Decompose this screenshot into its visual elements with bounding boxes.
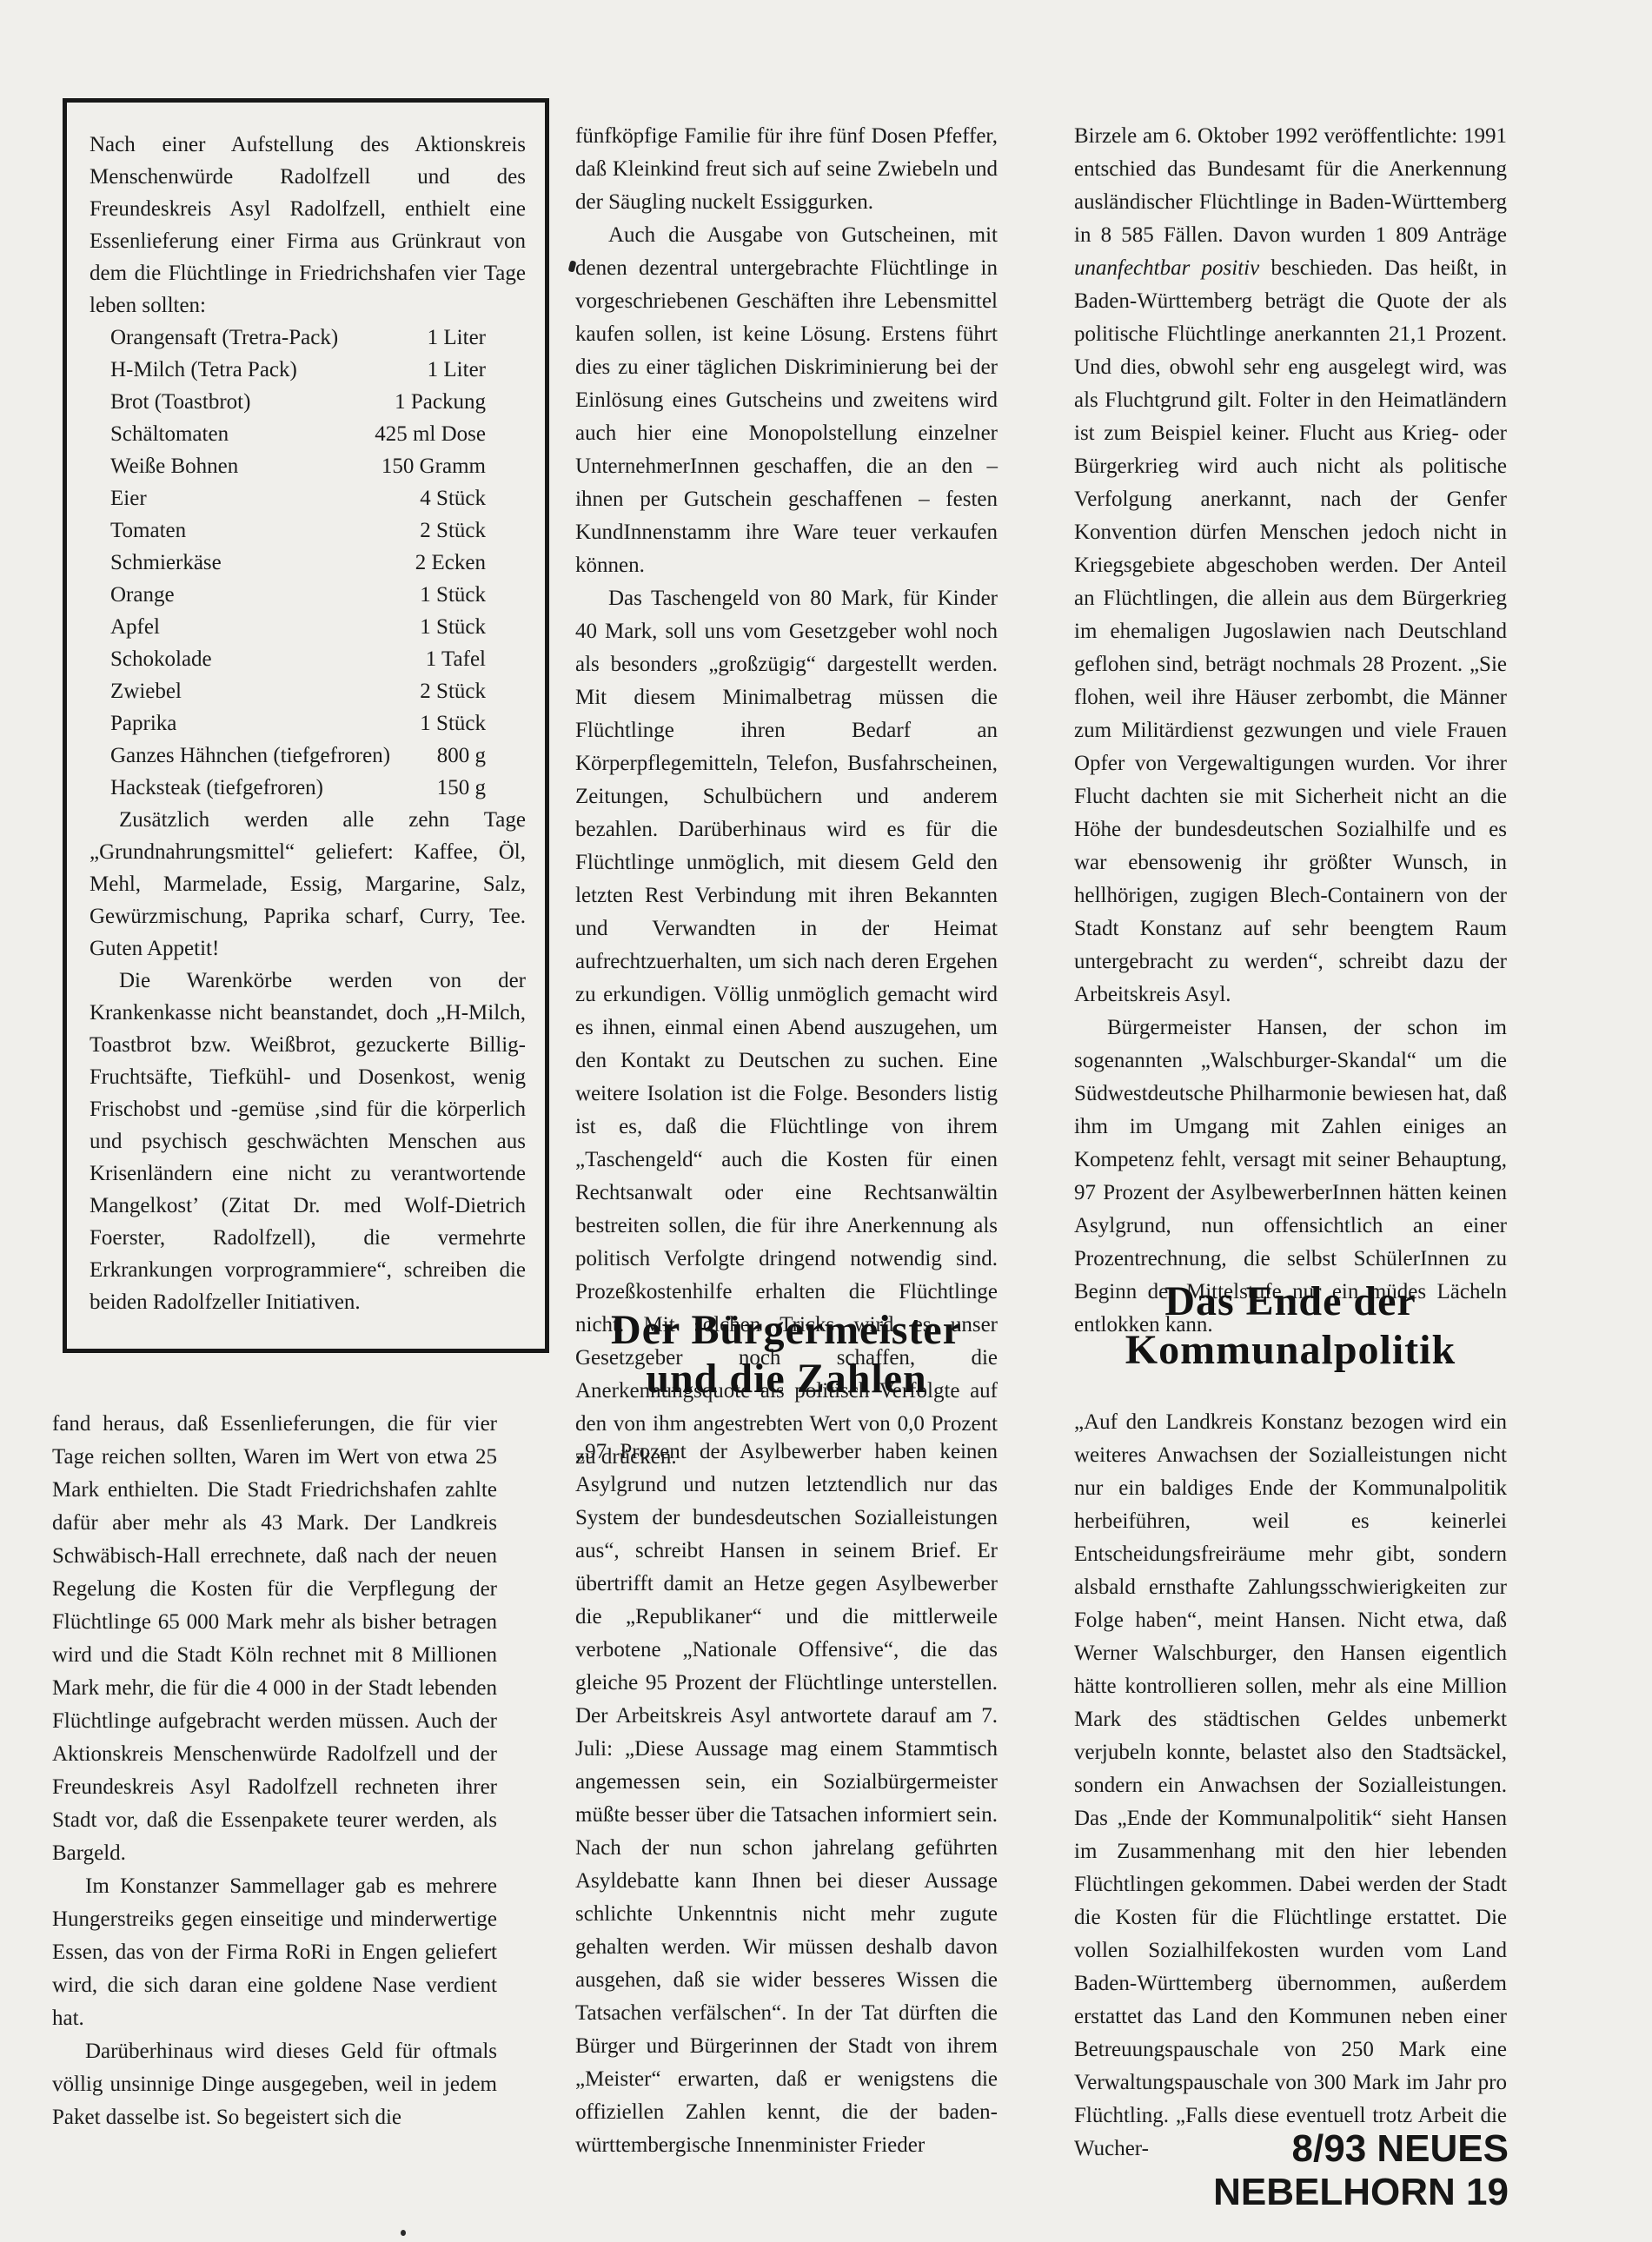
food-item-row: Hacksteak (tiefgefroren)150 g [110,772,486,804]
food-item-row: Brot (Toastbrot)1 Packung [110,386,486,418]
food-item-name: Zwiebel [110,675,182,707]
food-item-qty: 150 Gramm [381,450,486,482]
middle-paragraph-97-prozent: „97 Prozent der Asylbewerber haben keine… [575,1436,998,2162]
food-item-name: Schältomaten [110,418,229,450]
essen-liste-box-content: Nach einer Aufstellung des Aktionskreis … [90,129,526,1318]
food-item-row: Apfel1 Stück [110,611,486,643]
middle-column-upper: fünfköpfige Familie für ihre fünf Dosen … [575,120,998,1474]
food-item-name: Eier [110,482,147,514]
middle-paragraph-familie: fünfköpfige Familie für ihre fünf Dosen … [575,120,998,219]
food-item-name: Ganzes Hähnchen (tiefgefroren) [110,740,390,772]
food-item-qty: 2 Stück [420,514,486,547]
box-paragraph-grundnahrungsmittel: Zusätzlich werden alle zehn Tage „Grundn… [90,804,526,965]
food-item-name: Paprika [110,707,176,740]
food-item-qty: 1 Tafel [426,643,486,675]
food-list: Orangensaft (Tretra-Pack)1 Liter H-Milch… [90,322,486,804]
food-item-name: Schmierkäse [110,547,222,579]
left-paragraph-unsinnige-dinge: Darüberhinaus wird dieses Geld für oftma… [52,2035,497,2134]
middle-paragraph-gutscheine: Auch die Ausgabe von Gutscheinen, mit de… [575,219,998,582]
right-column-lower: „Auf den Landkreis Konstanz bezogen wird… [1074,1406,1507,2166]
essen-liste-box: Nach einer Aufstellung des Aktionskreis … [63,98,549,1353]
middle-column-lower: „97 Prozent der Asylbewerber haben keine… [575,1436,998,2162]
food-item-name: Orange [110,579,175,611]
left-paragraph-essenlieferungen: fand heraus, daß Essenlieferungen, die f… [52,1408,497,1870]
left-paragraph-hungerstreiks: Im Konstanzer Sammellager gab es mehrere… [52,1870,497,2035]
food-item-qty: 4 Stück [420,482,486,514]
headline-kommunalpolitik-line2: Kommunalpolitik [1074,1326,1507,1375]
food-item-name: Orangensaft (Tretra-Pack) [110,322,338,354]
food-item-qty: 1 Liter [428,354,486,386]
food-item-name: Hacksteak (tiefgefroren) [110,772,323,804]
right-paragraph-birzele: Birzele am 6. Oktober 1992 veröffentlich… [1074,120,1507,1012]
food-item-row: Schmierkäse2 Ecken [110,547,486,579]
right-paragraph-landkreis-konstanz: „Auf den Landkreis Konstanz bezogen wird… [1074,1406,1507,2166]
headline-buergermeister-line1: Der Bürgermeister [575,1306,998,1355]
box-paragraph-warenkoerbe: Die Warenkörbe werden von der Krankenkas… [90,965,526,1318]
food-item-row: H-Milch (Tetra Pack)1 Liter [110,354,486,386]
headline-buergermeister: Der Bürgermeister und die Zahlen [575,1306,998,1403]
box-intro-paragraph: Nach einer Aufstellung des Aktionskreis … [90,129,526,322]
food-item-row: Eier4 Stück [110,482,486,514]
food-item-name: Apfel [110,611,160,643]
scanned-magazine-page: { "colors": { "paper": "#f0efeb", "ink":… [0,0,1652,2242]
food-item-row: Paprika1 Stück [110,707,486,740]
food-item-qty: 800 g [437,740,486,772]
food-item-qty: 1 Stück [420,707,486,740]
left-column: fand heraus, daß Essenlieferungen, die f… [52,1408,497,2134]
food-item-qty: 425 ml Dose [375,418,486,450]
food-item-row: Schokolade1 Tafel [110,643,486,675]
headline-buergermeister-line2: und die Zahlen [575,1355,998,1403]
food-item-row: Zwiebel2 Stück [110,675,486,707]
food-item-row: Weiße Bohnen150 Gramm [110,450,486,482]
headline-kommunalpolitik-line1: Das Ende der [1074,1277,1507,1326]
food-item-name: Weiße Bohnen [110,450,238,482]
food-item-qty: 1 Packung [395,386,486,418]
food-item-qty: 1 Liter [428,322,486,354]
food-item-name: H-Milch (Tetra Pack) [110,354,297,386]
food-item-qty: 150 g [437,772,486,804]
food-item-name: Brot (Toastbrot) [110,386,250,418]
food-item-qty: 2 Stück [420,675,486,707]
page-footer: 8/93 NEUES NEBELHORN 19 [1074,2127,1509,2214]
food-item-row: Ganzes Hähnchen (tiefgefroren)800 g [110,740,486,772]
food-item-name: Tomaten [110,514,186,547]
food-item-row: Orange1 Stück [110,579,486,611]
food-item-row: Tomaten2 Stück [110,514,486,547]
food-item-qty: 1 Stück [420,611,486,643]
food-item-name: Schokolade [110,643,212,675]
food-item-row: Orangensaft (Tretra-Pack)1 Liter [110,322,486,354]
scan-artifact-dot [401,2230,406,2236]
food-item-row: Schältomaten425 ml Dose [110,418,486,450]
food-item-qty: 1 Stück [420,579,486,611]
headline-kommunalpolitik: Das Ende der Kommunalpolitik [1074,1277,1507,1375]
right-column-upper: Birzele am 6. Oktober 1992 veröffentlich… [1074,120,1507,1342]
food-item-qty: 2 Ecken [415,547,486,579]
